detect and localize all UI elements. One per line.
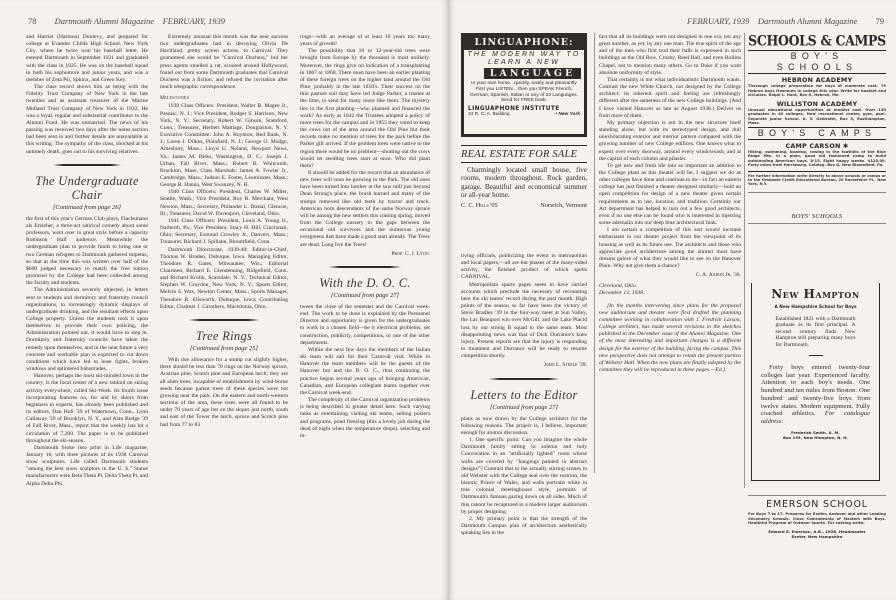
section-divider bbox=[489, 378, 558, 380]
article-paragraph: The Administration severely objected, in… bbox=[26, 287, 148, 373]
right-col-1: tiving officials, publicizing the event … bbox=[461, 253, 587, 537]
rule bbox=[461, 145, 587, 146]
article-paragraph: plans as now drawn by the College archit… bbox=[461, 416, 587, 437]
rule bbox=[748, 223, 886, 224]
article-paragraph: With due allowance for a stump cut sligh… bbox=[160, 357, 288, 429]
issue-date: FEBRUARY, 1939 bbox=[163, 16, 225, 26]
camp-name-carson: CAMP CARSON ✱ bbox=[748, 142, 886, 150]
issue-date: FEBRUARY, 1939 bbox=[687, 16, 749, 26]
left-col-1: and Harriet (Harmon) Dunlevy, and prepar… bbox=[26, 34, 148, 488]
continued-note: [Continued from page 25] bbox=[160, 345, 288, 352]
school-name-williston: WILLISTON ACADEMY bbox=[748, 100, 886, 108]
ad-contact-address: Exeter, New Hampshire bbox=[748, 534, 886, 539]
real-estate-ad: REAL ESTATE FOR SALE Charmingly located … bbox=[461, 145, 587, 209]
section-divider bbox=[189, 319, 259, 321]
ad-contact: Edward E. Emerson, A.B., 1926, Headmaste… bbox=[748, 529, 886, 539]
article-paragraph: Within the next few days the members of … bbox=[300, 347, 430, 397]
milestone-paragraph: 1939 Class Officers: President, Walter B… bbox=[160, 103, 288, 189]
section-title: With the D. O. C. bbox=[300, 276, 430, 290]
obit-paragraph: The class record shows him as being with… bbox=[26, 84, 148, 156]
continued-note: [Continued from page 27] bbox=[300, 292, 430, 299]
article-paragraph: tween the close of the semester and the … bbox=[300, 304, 430, 347]
continued-note: [Continued from page 27] bbox=[461, 404, 587, 411]
ad-contact-address: Box 199, New Hampton, N. H. bbox=[752, 435, 879, 440]
ad-contact: C. C. Hills '05 Norwich, Vermont bbox=[461, 202, 587, 209]
ad-body: For Boys 7 to 17. Prepares for Exeter, A… bbox=[748, 512, 886, 526]
category-label: BOYS' SCHOOLS bbox=[748, 213, 886, 220]
rule bbox=[809, 355, 823, 356]
article-paragraph: Metropolitan sports pages seem to have c… bbox=[461, 282, 587, 361]
section-title: The Undergraduate Chair bbox=[26, 174, 148, 202]
section-title: Letters to the Editor bbox=[461, 388, 587, 402]
section-divider bbox=[329, 266, 401, 268]
article-paragraph: 2. My primary point is that the strength… bbox=[461, 516, 587, 537]
article-paragraph: rings—with an average of at least 10 yea… bbox=[300, 34, 430, 48]
ad-body: Forty boys entered twenty-four colleges … bbox=[752, 364, 879, 426]
ad-body: In your own home...quickly, easily and p… bbox=[464, 79, 584, 104]
school-desc-williston: Unusual educational opportunities at mod… bbox=[748, 108, 886, 126]
article-paragraph: the first of this year's German Club pla… bbox=[26, 216, 148, 288]
ad-title: REAL ESTATE FOR SALE bbox=[461, 149, 587, 160]
section-divider bbox=[53, 164, 120, 166]
page-number: 78 bbox=[28, 16, 37, 26]
schools-camps-ad: SCHOOLS & CAMPS BOY'S SCHOOLS HEBRON ACA… bbox=[748, 33, 886, 193]
ad-contact: Frederick Smith, A. M. Box 199, New Hamp… bbox=[752, 430, 879, 440]
ad-subtitle: A New Hampshire School for Boys bbox=[752, 305, 879, 310]
school-desc-hebron: Thorough college preparation for boys at… bbox=[748, 84, 886, 98]
left-col-3: rings—with an average of at least 10 yea… bbox=[300, 34, 430, 440]
boys-camps-band: BOY'S CAMPS bbox=[748, 127, 886, 140]
ad-address-city: • New York bbox=[555, 112, 580, 117]
ad-contact-location: Norwich, Vermont bbox=[540, 202, 587, 209]
ad-info: For further information write directly t… bbox=[748, 174, 886, 187]
ad-established: Established 1821 with a Dartmouth gradua… bbox=[776, 316, 856, 348]
author-signature: Prof. C. J. Lyon. bbox=[300, 251, 430, 258]
column-rule bbox=[594, 33, 595, 473]
emerson-ad: EMERSON SCHOOL For Boys 7 to 17. Prepare… bbox=[748, 495, 886, 539]
obit-paragraph: and Harriet (Harmon) Dunlevy, and prepar… bbox=[26, 34, 148, 84]
editor-note: [In the months intervening since plans f… bbox=[599, 303, 741, 375]
article-paragraph: tiving officials, publicizing the event … bbox=[461, 253, 587, 282]
right-col-2: fact that all its buildings were not des… bbox=[599, 34, 741, 374]
letter-place: Cleveland, Ohio. bbox=[599, 283, 741, 290]
left-col-2: Extremely unusual this month was the nea… bbox=[160, 34, 288, 429]
ad-headline: LINGUAPHONE: bbox=[464, 36, 584, 50]
right-page-header: FEBRUARY, 1939 Dartmouth Alumni Magazine… bbox=[687, 16, 884, 26]
magazine-title: Dartmouth Alumni Magazine bbox=[758, 16, 857, 26]
rule bbox=[748, 171, 886, 172]
ad-body: Charmingly located small house, five roo… bbox=[461, 166, 587, 200]
article-paragraph: It should be added for the record that a… bbox=[300, 170, 430, 249]
ad-title: EMERSON SCHOOL bbox=[748, 499, 886, 510]
letter-paragraph: To get new and fresh life into so import… bbox=[599, 163, 741, 227]
ad-title: New Hampton bbox=[752, 287, 879, 301]
letter-paragraph: fact that all its buildings were not des… bbox=[599, 34, 741, 77]
article-paragraph: Extremely unusual this month was the nea… bbox=[160, 34, 288, 91]
ad-language-banner: LANGUAGE bbox=[484, 68, 581, 79]
ad-contact-name: Edward E. Emerson, A.B., 1926, Headmaste… bbox=[748, 529, 886, 534]
ad-contact-name: C. C. Hills '05 bbox=[461, 202, 498, 209]
ad-address-street: 34 R. C. A. Building bbox=[468, 112, 510, 117]
section-title: Tree Rings bbox=[160, 329, 288, 343]
boys-schools-label: BOYS' SCHOOLS bbox=[748, 213, 886, 224]
rule bbox=[461, 162, 587, 163]
letter-date: December 13, 1938. bbox=[599, 290, 741, 297]
article-paragraph: Dartmouth broke into print in Life magaz… bbox=[26, 445, 148, 488]
article-paragraph: The possibility that 10 or 12-year-old t… bbox=[300, 48, 430, 170]
rule bbox=[748, 192, 886, 193]
letter-paragraph: That certainly is not what individualist… bbox=[599, 77, 741, 120]
milestones-heading: Milestones bbox=[160, 95, 288, 102]
boys-schools-band: BOY'S SCHOOLS bbox=[748, 50, 886, 74]
letter-signature: C. A. Aaron Jr. '36. bbox=[599, 272, 741, 279]
letter-paragraph: I am certain a competition of this sort … bbox=[599, 227, 741, 270]
article-paragraph: 1. One specific point: Can you imagine t… bbox=[461, 437, 587, 516]
article-paragraph: The complexity of the Carnival organizat… bbox=[300, 397, 430, 440]
article-paragraph: Hanover, perhaps the most ski-minded tow… bbox=[26, 373, 148, 445]
magazine-spread: 78 Dartmouth Alumni Magazine FEBRUARY, 1… bbox=[0, 0, 896, 600]
new-hampton-ad: New Hampton A New Hampshire School for B… bbox=[751, 283, 880, 481]
ad-institute: LINGUAPHONE INSTITUTE bbox=[464, 104, 584, 112]
magazine-title: Dartmouth Alumni Magazine bbox=[55, 16, 154, 26]
continued-note: [Continued from page 26] bbox=[26, 204, 148, 211]
milestone-paragraph: 1940 Class Officers: President, Charles … bbox=[160, 189, 288, 218]
page-number: 79 bbox=[876, 16, 885, 26]
column-rule bbox=[744, 33, 745, 488]
milestone-paragraph: 1941 Class Officers: President, Louis A.… bbox=[160, 218, 288, 247]
school-name-hebron: HEBRON ACADEMY bbox=[748, 76, 886, 84]
letter-paragraph: My primary objection is not in the new s… bbox=[599, 120, 741, 163]
milestone-paragraph: Dartmouth Directorate, 1939-40: Editor-i… bbox=[160, 247, 288, 311]
author-signature: John L. Steele '39. bbox=[461, 362, 587, 369]
linguaphone-ad: LINGUAPHONE: THE MODERN WAY TO LEARN A N… bbox=[461, 33, 587, 137]
ad-address: 34 R. C. A. Building • New York bbox=[464, 112, 584, 117]
left-page: 78 Dartmouth Alumni Magazine FEBRUARY, 1… bbox=[0, 0, 448, 600]
left-page-header: 78 Dartmouth Alumni Magazine FEBRUARY, 1… bbox=[28, 16, 225, 26]
ad-tagline: THE MODERN WAY TO LEARN A NEW bbox=[464, 50, 584, 67]
rule bbox=[748, 495, 886, 496]
right-page: FEBRUARY, 1939 Dartmouth Alumni Magazine… bbox=[448, 0, 896, 600]
ad-title: SCHOOLS & CAMPS bbox=[748, 32, 886, 49]
camp-desc-carson: Hiking, swimming, boating, rowing in the… bbox=[748, 150, 886, 168]
